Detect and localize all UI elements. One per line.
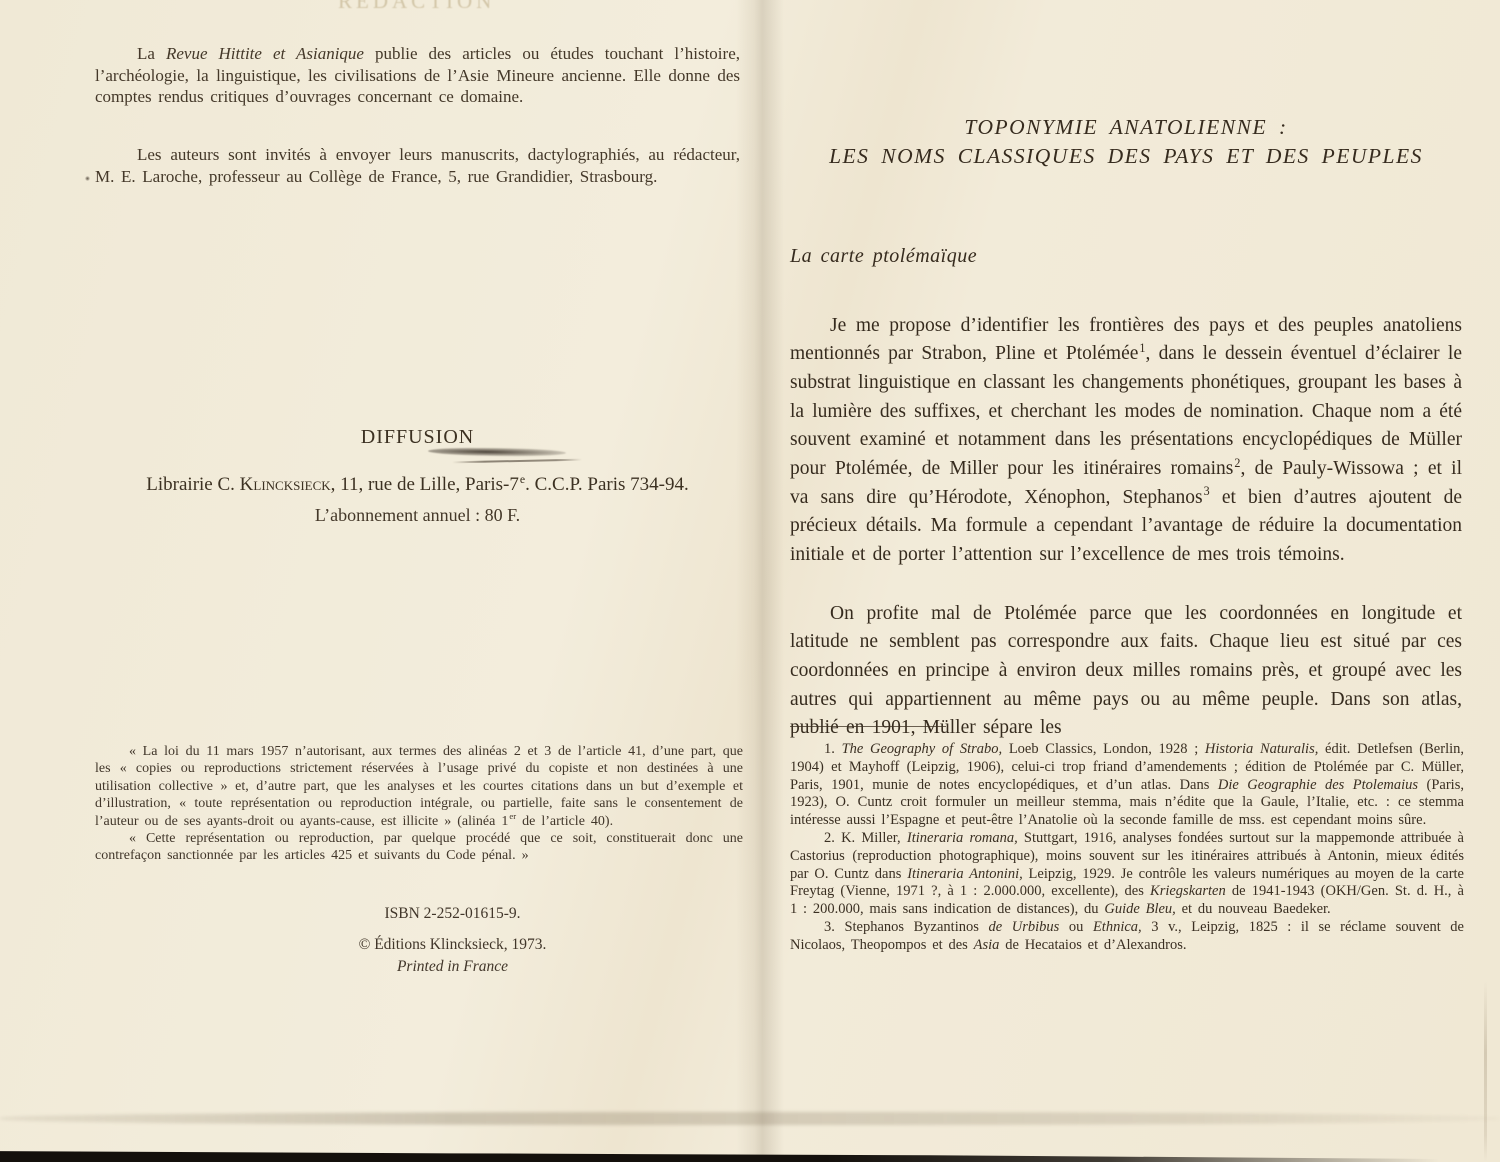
footnote-2: 2. K. Miller, Itineraria romana, Stuttga… xyxy=(790,830,1464,919)
subscription-price-line: L’abonnement annuel : 80 F. xyxy=(95,505,740,526)
scan-smudge-band xyxy=(0,1112,1500,1125)
authors-instructions-paragraph: Les auteurs sont invités à envoyer leurs… xyxy=(95,144,740,187)
footnote-1: 1. The Geography of Strabo, Loeb Classic… xyxy=(790,741,1464,830)
ink-speck xyxy=(85,176,90,181)
ghost-page-header: REDACTION xyxy=(338,0,495,14)
body-paragraph-1: Je me propose d’identifier les frontière… xyxy=(790,312,1462,570)
copyright-line: © Éditions Klincksieck, 1973. xyxy=(130,936,775,954)
article-title-line-2: LES NOMS CLASSIQUES DES PAYS ET DES PEUP… xyxy=(790,144,1462,169)
legal-notice-block: « La loi du 11 mars 1957 n’autorisant, a… xyxy=(95,743,743,865)
page-edge-line xyxy=(1484,980,1487,1162)
body-paragraph-2: On profite mal de Ptolémée parce que les… xyxy=(790,600,1462,744)
isbn-line: ISBN 2-252-01615-9. xyxy=(130,905,775,923)
revue-description-paragraph: La Revue Hittite et Asianique publie des… xyxy=(95,43,740,108)
ink-smudge-line xyxy=(452,459,582,464)
section-heading: La carte ptolémaïque xyxy=(790,245,1462,268)
page-gutter-shadow xyxy=(736,0,784,1162)
legal-notice-paragraph-2: « Cette représentation ou reproduction, … xyxy=(95,830,743,865)
legal-notice-paragraph-1: « La loi du 11 mars 1957 n’autorisant, a… xyxy=(95,743,743,830)
footnotes-block: 1. The Geography of Strabo, Loeb Classic… xyxy=(790,741,1464,955)
article-title-line-1: TOPONYMIE ANATOLIENNE : xyxy=(790,115,1462,140)
footnote-3: 3. Stephanos Byzantinos de Urbibus ou Et… xyxy=(790,919,1464,955)
publisher-address-line: Librairie C. Klincksieck, 11, rue de Lil… xyxy=(95,474,740,496)
footnote-separator-rule xyxy=(790,726,946,727)
printed-in-france-line: Printed in France xyxy=(130,958,775,976)
scanned-book-spread: { "colors": { "paper": "#f1ead8", "ink":… xyxy=(0,0,1500,1162)
diffusion-heading: DIFFUSION xyxy=(95,426,740,449)
